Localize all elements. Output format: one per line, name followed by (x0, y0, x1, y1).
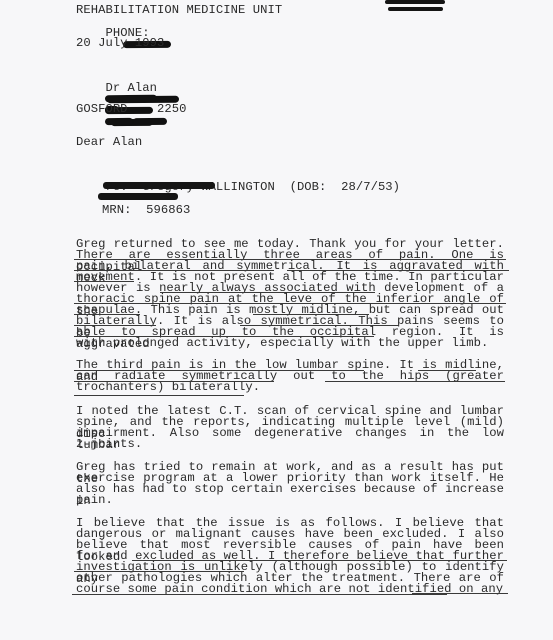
body-line: pain. (76, 494, 113, 506)
underline (74, 259, 506, 260)
underline (74, 303, 506, 304)
body-line: with prolonged activity, especially with… (76, 337, 488, 349)
underline (74, 381, 274, 382)
redaction-mark (385, 0, 445, 4)
body-line: trochanters) bilaterally. (76, 381, 260, 393)
patient-address-redaction (98, 193, 178, 200)
address-redaction (105, 118, 133, 125)
underline (74, 395, 244, 396)
underline (418, 370, 476, 371)
body-line: also has had to stop certain exercises b… (76, 483, 504, 507)
salutation: Dear Alan (76, 136, 142, 148)
letter-page: REHABILITATION MEDICINE UNIT PHONE: 20 J… (0, 0, 553, 640)
underline (160, 292, 375, 293)
underline (74, 325, 156, 326)
underline (240, 325, 398, 326)
letter-date: 20 July 1993 (76, 37, 164, 49)
patient-mrn: MRN: 596863 (102, 204, 190, 216)
underline (325, 381, 505, 382)
underline (74, 314, 140, 315)
underline (74, 281, 134, 282)
underline (74, 571, 244, 572)
patient-address-redaction (103, 182, 215, 189)
underline (132, 560, 507, 561)
redaction-mark (388, 7, 443, 11)
patient-dob: (DOB: 28/7/53) (290, 180, 400, 194)
body-line: z-joints. (76, 438, 142, 450)
underline (287, 270, 509, 271)
underline (74, 336, 374, 337)
underline (74, 370, 364, 371)
recipient-address-2 (76, 92, 167, 140)
underline (74, 270, 274, 271)
recipient-city: GOSFORD 2250 (76, 103, 186, 115)
address-redaction (133, 118, 167, 125)
underline (253, 314, 369, 315)
underline (72, 594, 447, 595)
